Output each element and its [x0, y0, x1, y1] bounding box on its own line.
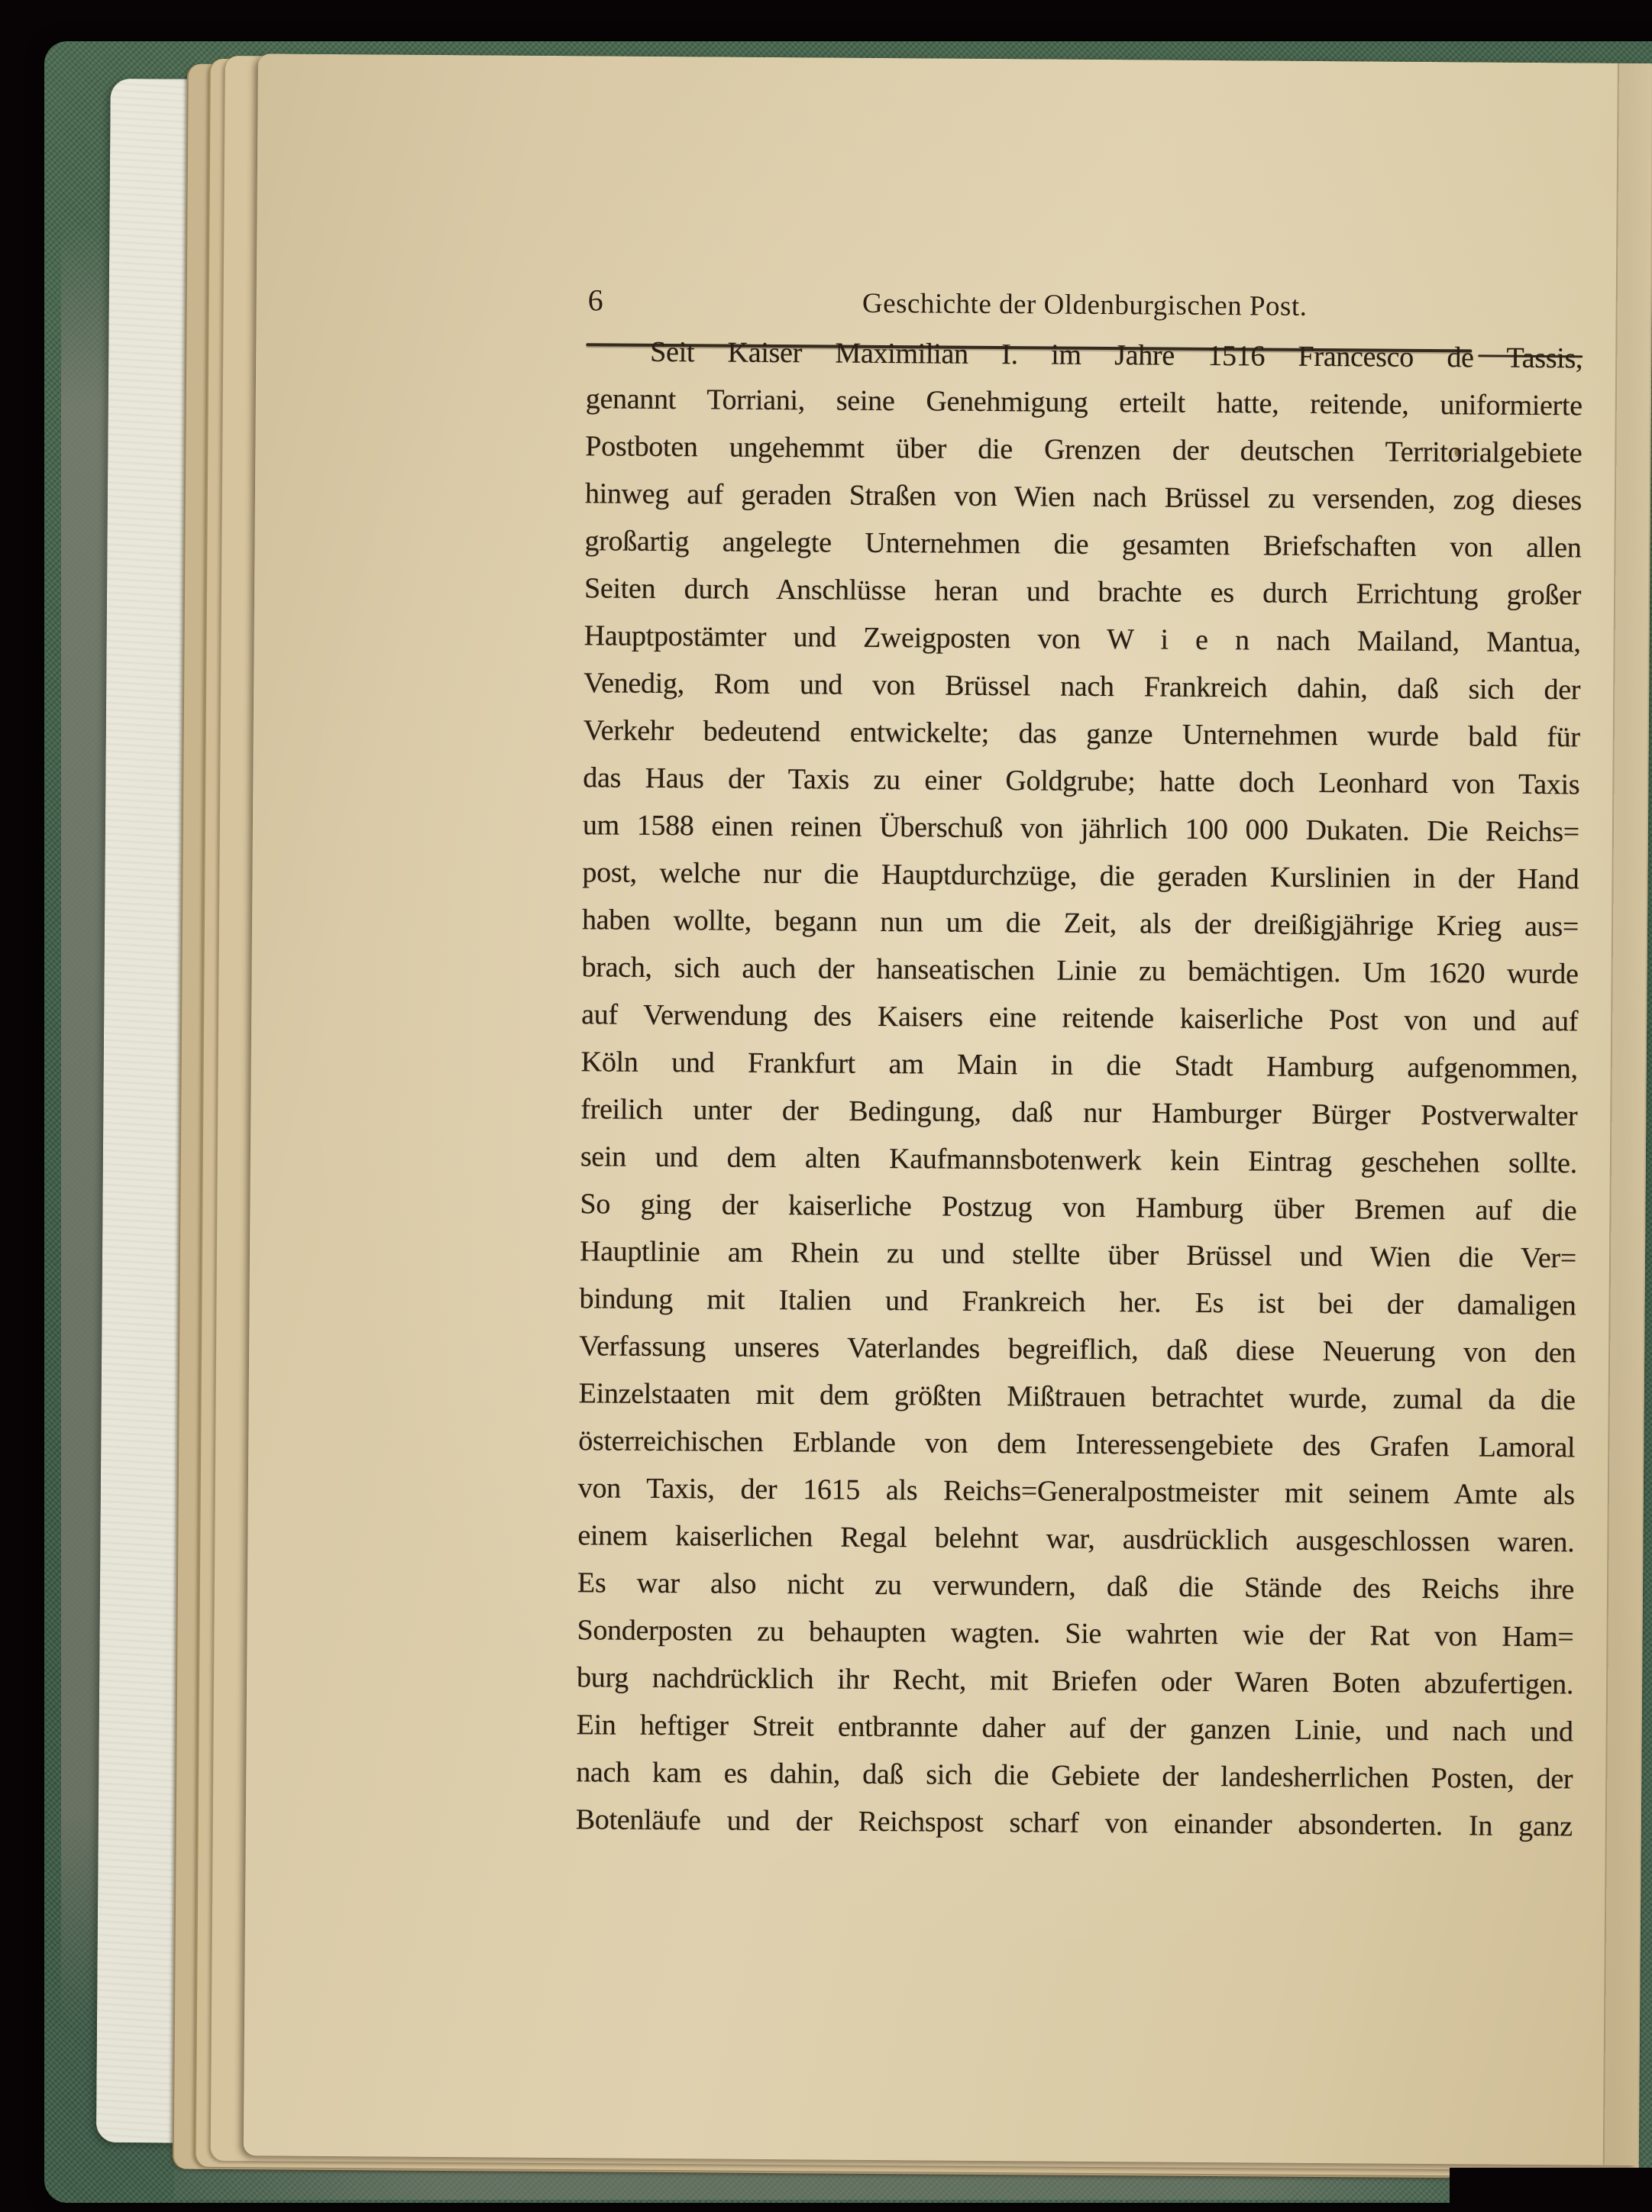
- text-line: einem kaiserlichen Regal belehnt war, au…: [577, 1512, 1574, 1566]
- text-line: Postboten ungehemmt über die Grenzen der…: [585, 422, 1582, 477]
- text-line: Hauptlinie am Rhein zu und stellte über …: [580, 1227, 1576, 1282]
- text-block: Seit Kaiser Maximilian I. im Jahre 1516 …: [576, 328, 1583, 1850]
- text-line: Einzelstaaten mit dem größten Mißtrauen …: [579, 1370, 1576, 1424]
- text-line: Seiten durch Anschlüsse heran und bracht…: [584, 564, 1581, 619]
- text-line: von Taxis, der 1615 als Reichs=Generalpo…: [578, 1464, 1575, 1518]
- text-line: post, welche nur die Hauptdurchzüge, die…: [582, 849, 1579, 903]
- scanned-book-photo: 6 Geschichte der Oldenburgischen Post. S…: [0, 0, 1652, 2212]
- text-line: großartig angelegte Unternehmen die gesa…: [584, 517, 1581, 571]
- book-page: 6 Geschichte der Oldenburgischen Post. S…: [244, 53, 1652, 2165]
- text-line: um 1588 einen reinen Überschuß von jährl…: [583, 801, 1579, 855]
- text-line: Sonderposten zu behaupten wagten. Sie wa…: [577, 1606, 1573, 1661]
- text-line: nach kam es dahin, daß sich die Gebiete …: [576, 1748, 1573, 1803]
- text-line: Verfassung unseres Vaterlandes begreifli…: [579, 1322, 1576, 1376]
- text-line: das Haus der Taxis zu einer Goldgrube; h…: [583, 754, 1579, 808]
- running-title: Geschichte der Oldenburgischen Post.: [587, 286, 1583, 324]
- text-line: burg nachdrücklich ihr Recht, mit Briefe…: [577, 1654, 1573, 1708]
- text-line: sein und dem alten Kaufmannsbotenwerk ke…: [580, 1133, 1577, 1187]
- text-line: bindung mit Italien und Frankreich her. …: [579, 1275, 1576, 1329]
- text-line: genannt Torriani, seine Genehmigung erte…: [586, 375, 1582, 429]
- text-line: haben wollte, begann nun um die Zeit, al…: [582, 896, 1579, 950]
- text-line: Ein heftiger Streit entbrannte daher auf…: [576, 1701, 1573, 1755]
- text-line: Venedig, Rom und von Brüssel nach Frankr…: [584, 659, 1580, 713]
- text-line: Köln und Frankfurt am Main in die Stadt …: [581, 1038, 1578, 1092]
- text-line: österreichischen Erblande von dem Intere…: [578, 1417, 1575, 1471]
- page-stack: 6 Geschichte der Oldenburgischen Post. S…: [215, 50, 1652, 2191]
- background-shadow: [1450, 2168, 1652, 2212]
- printed-area: 6 Geschichte der Oldenburgischen Post. S…: [574, 56, 1585, 2165]
- text-line: auf Verwendung des Kaisers eine reitende…: [581, 991, 1578, 1045]
- text-line: Hauptpostämter und Zweigposten von W i e…: [584, 612, 1580, 666]
- text-line: Es war also nicht zu verwundern, daß die…: [577, 1559, 1574, 1613]
- text-line: brach, sich auch der hanseatischen Linie…: [581, 943, 1578, 998]
- text-line: hinweg auf geraden Straßen von Wien nach…: [585, 470, 1582, 524]
- text-line: So ging der kaiserliche Postzug von Hamb…: [580, 1180, 1576, 1234]
- text-line: Seit Kaiser Maximilian I. im Jahre 1516 …: [586, 328, 1582, 382]
- text-line: freilich unter der Bedingung, daß nur Ha…: [580, 1085, 1577, 1140]
- text-line: Botenläufe und der Reichspost scharf von…: [576, 1796, 1573, 1850]
- text-line: Verkehr bedeutend entwickelte; das ganze…: [584, 707, 1580, 761]
